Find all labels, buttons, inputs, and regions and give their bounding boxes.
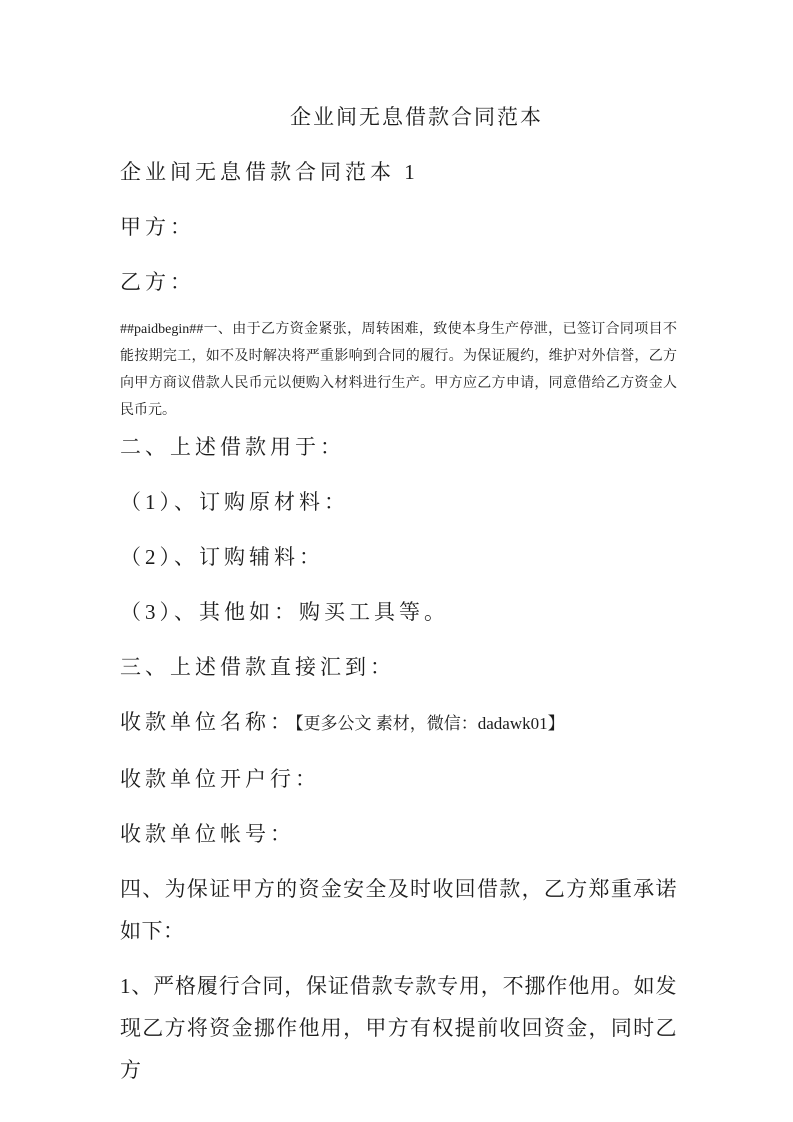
party-b-line: 乙方：: [120, 261, 677, 303]
recipient-name-label: 收款单位名称：: [120, 710, 295, 734]
clause-three-heading: 三、上述借款直接汇到：: [120, 646, 677, 688]
clause-one-paragraph: ##paidbegin##一、由于乙方资金紧张，周转困难，致使本身生产停泄，已签…: [120, 316, 677, 424]
clause-two-heading: 二、上述借款用于：: [120, 426, 677, 468]
clause-four-paragraph: 四、为保证甲方的资金安全及时收回借款，乙方郑重承诺如下：: [120, 868, 677, 952]
recipient-bank-line: 收款单位开户行：: [120, 758, 677, 800]
document-title: 企业间无息借款合同范本: [156, 96, 677, 138]
recipient-account-line: 收款单位帐号：: [120, 813, 677, 855]
loan-use-item-1: （1）、订购原材料：: [120, 481, 677, 523]
loan-use-item-3: （3）、其他如：购买工具等。: [120, 591, 677, 633]
promise-item-one-paragraph: 1、严格履行合同，保证借款专款专用，不挪作他用。如发现乙方将资金挪作他用，甲方有…: [120, 965, 677, 1091]
document-page: 企业间无息借款合同范本 企业间无息借款合同范本 1 甲方： 乙方： ##paid…: [0, 0, 793, 1122]
document-subtitle: 企业间无息借款合同范本 1: [120, 151, 677, 193]
party-a-line: 甲方：: [120, 206, 677, 248]
loan-use-item-2: （2）、订购辅料：: [120, 536, 677, 578]
recipient-name-watermark-note: 【更多公文 素材，微信：dadawk01】: [295, 714, 565, 733]
recipient-name-line: 收款单位名称：【更多公文 素材，微信：dadawk01】: [120, 701, 677, 745]
